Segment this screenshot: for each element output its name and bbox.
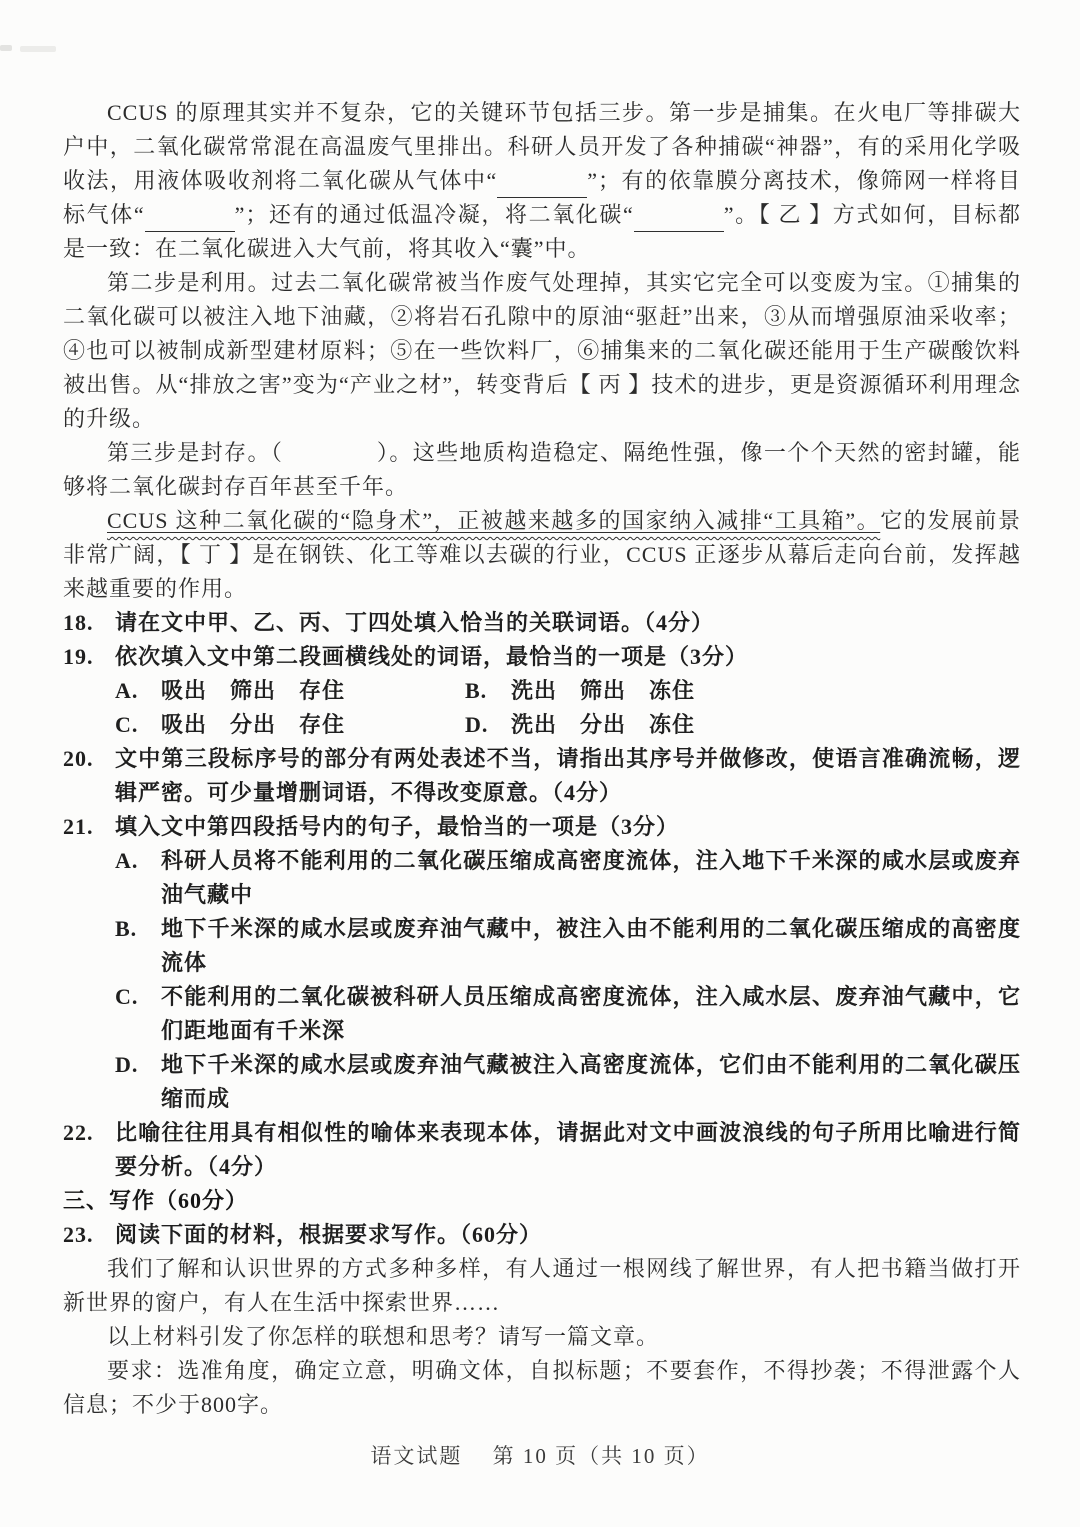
option-d-label: D. bbox=[115, 1048, 138, 1082]
section-3-writing-header: 三、写作（60分） bbox=[63, 1184, 1021, 1218]
question-18: 18.请在文中甲、乙、丙、丁四处填入恰当的关联词语。（4分） bbox=[63, 606, 1021, 640]
fill-in-blank-2 bbox=[145, 208, 235, 232]
option-a-text: 吸出 筛出 存住 bbox=[161, 678, 345, 703]
option-b: B.地下千米深的咸水层或废弃油气藏中，被注入由不能利用的二氧化碳压缩成的高密度流… bbox=[115, 912, 1021, 980]
question-23: 23.阅读下面的材料，根据要求写作。（60分） bbox=[63, 1218, 1021, 1252]
option-d: D.洗出 分出 冻住 bbox=[465, 708, 1021, 742]
question-20-text: 文中第三段标序号的部分有两处表述不当，请指出其序号并做修改，使语言准确流畅，逻辑… bbox=[115, 746, 1021, 805]
option-c: C.吸出 分出 存住 bbox=[115, 708, 465, 742]
writing-material-paragraph-2: 以上材料引发了你怎样的联想和思考？请写一篇文章。 bbox=[63, 1320, 1021, 1354]
option-d-text: 洗出 分出 冻住 bbox=[511, 712, 695, 737]
question-22: 22.比喻往往用具有相似性的喻体来表现本体，请据此对文中画波浪线的句子所用比喻进… bbox=[63, 1116, 1021, 1184]
option-d-text: 地下千米深的咸水层或废弃油气藏被注入高密度流体，它们由不能利用的二氧化碳压缩而成 bbox=[161, 1052, 1021, 1111]
question-19: 19.依次填入文中第二段画横线处的词语，最恰当的一项是（3分） A.吸出 筛出 … bbox=[63, 640, 1021, 742]
exam-content: CCUS 的原理其实并不复杂，它的关键环节包括三步。第一步是捕集。在火电厂等排碳… bbox=[63, 96, 1021, 1422]
exam-page: CCUS 的原理其实并不复杂，它的关键环节包括三步。第一步是捕集。在火电厂等排碳… bbox=[0, 0, 1080, 1527]
option-a-label: A. bbox=[115, 674, 138, 708]
option-d: D.地下千米深的咸水层或废弃油气藏被注入高密度流体，它们由不能利用的二氧化碳压缩… bbox=[115, 1048, 1021, 1116]
question-19-options: A.吸出 筛出 存住 B.洗出 筛出 冻住 C.吸出 分出 存住 D.洗出 分出… bbox=[115, 674, 1021, 742]
question-19-text: 依次填入文中第二段画横线处的词语，最恰当的一项是（3分） bbox=[115, 644, 748, 669]
option-c-text: 吸出 分出 存住 bbox=[161, 712, 345, 737]
scan-artifact bbox=[0, 45, 12, 51]
option-b-label: B. bbox=[115, 912, 137, 946]
writing-material-paragraph-1: 我们了解和认识世界的方式多种多样，有人通过一根网线了解世界，有人把书籍当做打开新… bbox=[63, 1252, 1021, 1320]
question-21: 21.填入文中第四段括号内的句子，最恰当的一项是（3分） A.科研人员将不能利用… bbox=[63, 810, 1021, 1116]
fill-in-blank-3 bbox=[634, 208, 724, 232]
question-21-number: 21. bbox=[63, 810, 109, 844]
question-18-number: 18. bbox=[63, 606, 109, 640]
question-22-number: 22. bbox=[63, 1116, 109, 1150]
footer-page-indicator: 语文试题 第 10 页（共 10 页） bbox=[0, 1440, 1080, 1470]
question-18-text: 请在文中甲、乙、丙、丁四处填入恰当的关联词语。（4分） bbox=[115, 610, 714, 635]
writing-material-paragraph-3: 要求：选准角度，确定立意，明确文体，自拟标题；不要套作，不得抄袭；不得泄露个人信… bbox=[63, 1354, 1021, 1422]
option-c-text: 不能利用的二氧化碳被科研人员压缩成高密度流体，注入咸水层、废弃油气藏中，它们距地… bbox=[161, 984, 1021, 1043]
question-22-text: 比喻往往用具有相似性的喻体来表现本体，请据此对文中画波浪线的句子所用比喻进行简要… bbox=[115, 1120, 1021, 1179]
question-23-text: 阅读下面的材料，根据要求写作。（60分） bbox=[115, 1222, 542, 1247]
passage-paragraph-capture: CCUS 的原理其实并不复杂，它的关键环节包括三步。第一步是捕集。在火电厂等排碳… bbox=[63, 96, 1021, 266]
option-a-label: A. bbox=[115, 844, 138, 878]
fill-in-blank-1 bbox=[497, 174, 587, 198]
passage-text: ”；还有的通过低温冷凝，将二氧化碳“ bbox=[235, 202, 634, 227]
question-23-num: 23. bbox=[63, 1218, 109, 1252]
option-c: C.不能利用的二氧化碳被科研人员压缩成高密度流体，注入咸水层、废弃油气藏中，它们… bbox=[115, 980, 1021, 1048]
question-21-text: 填入文中第四段括号内的句子，最恰当的一项是（3分） bbox=[115, 814, 679, 839]
option-b-text: 洗出 筛出 冻住 bbox=[511, 678, 695, 703]
question-19-number: 19. bbox=[63, 640, 109, 674]
scan-artifact bbox=[20, 46, 56, 52]
wavy-underlined-sentence: CCUS 这种二氧化碳的“隐身术”，正被越来越多的国家纳入减排“工具箱”。 bbox=[107, 508, 880, 533]
underlined-sentence-text: CCUS 这种二氧化碳的“隐身术”，正被越来越多的国家纳入减排“工具箱”。 bbox=[107, 508, 880, 533]
question-20: 20.文中第三段标序号的部分有两处表述不当，请指出其序号并做修改，使语言准确流畅… bbox=[63, 742, 1021, 810]
option-b-label: B. bbox=[465, 674, 487, 708]
option-c-label: C. bbox=[115, 980, 138, 1014]
option-a-text: 科研人员将不能利用的二氧化碳压缩成高密度流体，注入地下千米深的咸水层或废弃油气藏… bbox=[161, 848, 1021, 907]
option-c-label: C. bbox=[115, 708, 138, 742]
option-d-label: D. bbox=[465, 708, 488, 742]
option-a: A.吸出 筛出 存住 bbox=[115, 674, 465, 708]
option-b: B.洗出 筛出 冻住 bbox=[465, 674, 1021, 708]
passage-paragraph-outlook: CCUS 这种二氧化碳的“隐身术”，正被越来越多的国家纳入减排“工具箱”。它的发… bbox=[63, 504, 1021, 606]
passage-paragraph-utilization: 第二步是利用。过去二氧化碳常被当作废气处理掉，其实它完全可以变废为宝。①捕集的二… bbox=[63, 266, 1021, 436]
question-20-number: 20. bbox=[63, 742, 109, 776]
option-a: A.科研人员将不能利用的二氧化碳压缩成高密度流体，注入地下千米深的咸水层或废弃油… bbox=[115, 844, 1021, 912]
passage-paragraph-storage: 第三步是封存。（ ）。这些地质构造稳定、隔绝性强，像一个个天然的密封罐，能够将二… bbox=[63, 436, 1021, 504]
option-b-text: 地下千米深的咸水层或废弃油气藏中，被注入由不能利用的二氧化碳压缩成的高密度流体 bbox=[161, 916, 1021, 975]
